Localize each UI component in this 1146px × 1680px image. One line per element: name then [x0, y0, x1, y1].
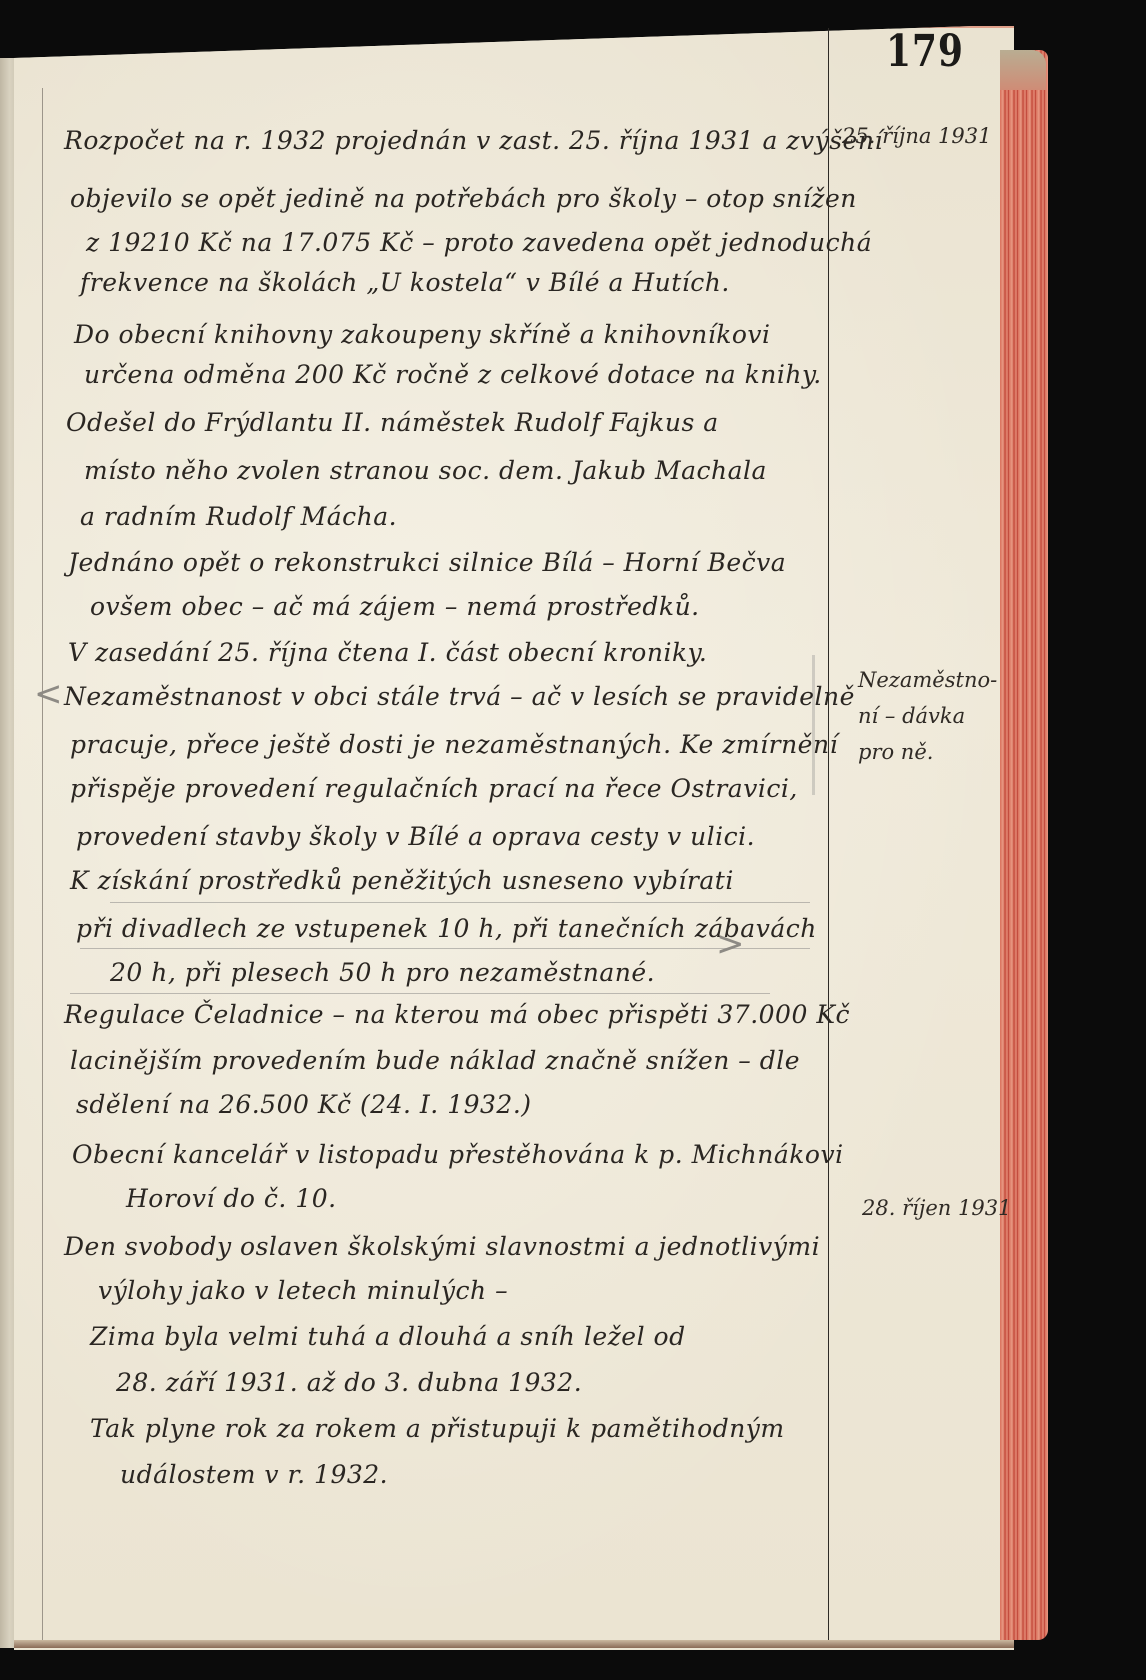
- margin-note: pro ně.: [858, 740, 933, 764]
- text-line: Do obecní knihovny zakoupeny skříně a kn…: [74, 320, 771, 349]
- pencil-underline: [80, 948, 810, 949]
- pencil-bracket-close: >: [716, 924, 745, 964]
- text-line: V zasedání 25. října čtena I. část obecn…: [68, 638, 707, 667]
- text-line: frekvence na školách „U kostela“ v Bílé …: [80, 268, 730, 297]
- pencil-underline: [110, 902, 810, 903]
- text-line: přispěje provedení regulačních prací na …: [70, 774, 798, 803]
- margin-note: ní – dávka: [858, 704, 965, 728]
- text-line: lacinějším provedením bude náklad značně…: [70, 1046, 800, 1075]
- text-line: provedení stavby školy v Bílé a oprava c…: [76, 822, 755, 851]
- margin-note-date: 28. říjen 1931: [862, 1196, 1011, 1220]
- text-line: Odešel do Frýdlantu II. náměstek Rudolf …: [66, 408, 719, 437]
- pencil-underline: [70, 993, 770, 994]
- text-line: Den svobody oslaven školskými slavnostmi…: [64, 1232, 820, 1261]
- text-line: 28. září 1931. až do 3. dubna 1932.: [116, 1368, 582, 1397]
- gutter-line: [42, 88, 43, 1648]
- book-scan: 179 Rozpočet na r. 1932 projednán v zast…: [0, 0, 1146, 1680]
- text-line: Rozpočet na r. 1932 projednán v zast. 25…: [64, 126, 883, 155]
- pencil-margin-mark: [812, 655, 815, 795]
- text-line: výlohy jako v letech minulých –: [98, 1276, 508, 1305]
- text-line: objevilo se opět jedině na potřebách pro…: [70, 184, 857, 213]
- text-line: určena odměna 200 Kč ročně z celkové dot…: [84, 360, 822, 389]
- text-line: místo něho zvolen stranou soc. dem. Jaku…: [84, 456, 767, 485]
- text-line: událostem v r. 1932.: [120, 1460, 388, 1489]
- text-line: Zima byla velmi tuhá a dlouhá a sníh lež…: [90, 1322, 686, 1351]
- text-line: Jednáno opět o rekonstrukci silnice Bílá…: [68, 548, 786, 577]
- text-line: Horoví do č. 10.: [126, 1184, 337, 1213]
- margin-note-date: 25. října 1931: [842, 124, 992, 148]
- text-line: pracuje, přece ještě dosti je nezaměstna…: [70, 730, 838, 759]
- text-line: Tak plyne rok za rokem a přistupuji k pa…: [90, 1414, 785, 1443]
- text-line: z 19210 Kč na 17.075 Kč – proto zavedena…: [86, 228, 872, 257]
- pencil-bracket-open: <: [34, 674, 63, 714]
- text-line: K získání prostředků peněžitých usneseno…: [70, 866, 734, 895]
- page-number: 179: [886, 26, 964, 77]
- facing-page-edge: [0, 58, 16, 1648]
- page-edges-top: [1000, 50, 1046, 90]
- text-line: při divadlech ze vstupenek 10 h, při tan…: [76, 914, 817, 943]
- margin-rule: [828, 28, 829, 1648]
- text-line: Nezaměstnanost v obci stále trvá – ač v …: [64, 682, 855, 711]
- text-line: sdělení na 26.500 Kč (24. I. 1932.): [76, 1090, 532, 1119]
- margin-note: Nezaměstno-: [858, 668, 997, 692]
- text-line: ovšem obec – ač má zájem – nemá prostřed…: [90, 592, 700, 621]
- red-page-edges: [1000, 50, 1048, 1640]
- text-line: Regulace Čeladnice – na kterou má obec p…: [64, 1000, 850, 1029]
- page-bottom-edge: [14, 1640, 1014, 1648]
- text-line: a radním Rudolf Mácha.: [80, 502, 397, 531]
- text-line: Obecní kancelář v listopadu přestěhována…: [72, 1140, 844, 1169]
- text-line: 20 h, při plesech 50 h pro nezaměstnané.: [110, 958, 655, 987]
